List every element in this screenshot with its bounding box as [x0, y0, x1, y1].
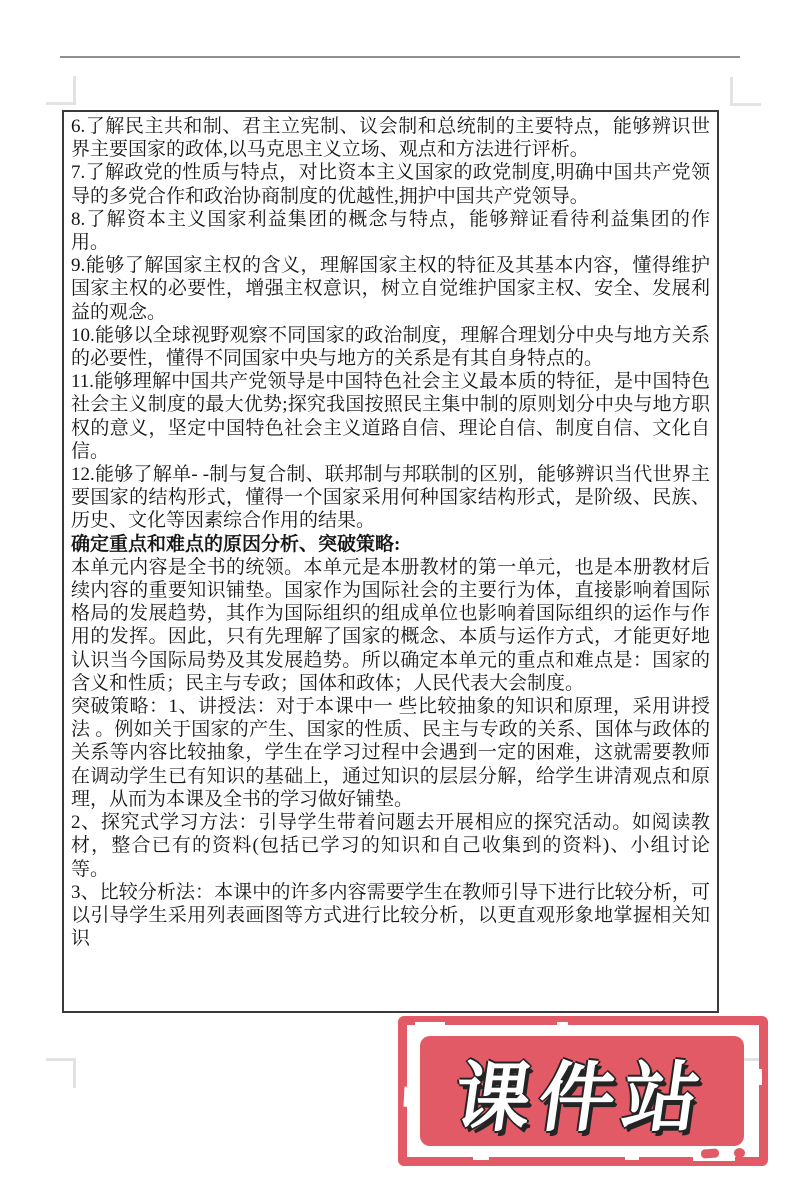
text-boundary-mark-top-right: [730, 77, 761, 106]
paragraph: 2、探究式学习方法：引导学生带着问题去开展相应的探究活动。如阅读教材，整合已有的…: [71, 811, 710, 881]
page-top-rule: [60, 56, 740, 58]
stamp-frame-dot: [734, 1148, 745, 1158]
paragraph: 10.能够以全球视野观察不同国家的政治制度，理解合理划分中央与地方关系的必要性，…: [71, 324, 710, 370]
stamp-frame-gap: [473, 1145, 489, 1160]
stamp-frame-gap: [403, 1087, 419, 1108]
stamp-frame-gap: [747, 1069, 762, 1085]
paragraph: 8.了解资本主义国家利益集团的概念与特点，能够辩证看待利益集团的作用。: [71, 208, 710, 254]
stamp-frame-gap: [557, 1022, 568, 1037]
paragraph: 6.了解民主共和制、君主立宪制、议会制和总统制的主要特点，能够辨识世界主要国家的…: [71, 115, 710, 161]
paragraph: 9.能够了解国家主权的含义，理解国家主权的特征及其基本内容，懂得维护国家主权的必…: [71, 254, 710, 324]
stamp: 课件站: [398, 1016, 768, 1166]
section-heading: 确定重点和难点的原因分析、突破策略:: [71, 533, 710, 556]
stamp-body: 课件站: [420, 1036, 744, 1146]
text-boundary-mark-top-left: [46, 76, 76, 105]
paragraph: 11.能够理解中国共产党领导是中国特色社会主义最本质的特征，是中国特色社会主义制…: [71, 370, 710, 463]
paragraph: 本单元内容是全书的统领。本单元是本册教材的第一单元，也是本册教材后续内容的重要知…: [71, 556, 710, 695]
paragraph: 7.了解政党的性质与特点，对比资本主义国家的政党制度,明确中国共产党领导的多党合…: [71, 161, 710, 207]
paragraph: 3、比较分析法：本课中的许多内容需要学生在教师引导下进行比较分析，可以引导学生采…: [71, 881, 710, 951]
stamp-frame-gap: [415, 1022, 445, 1037]
paragraph: 突破策略：1、讲授法：对于本课中一 些比较抽象的知识和原理，采用讲授法 。例如关…: [71, 695, 710, 811]
page: { "colors": { "stamp_red": "#e25a65", "t…: [0, 0, 800, 1200]
paragraph: 12.能够了解单- -制与复合制、联邦制与邦联制的区别，能够辨识当代世界主要国家…: [71, 463, 710, 533]
stamp-frame-gap: [625, 1145, 639, 1160]
stamp-frame-dash: [701, 1148, 720, 1158]
text-boundary-mark-bottom-left: [46, 1058, 76, 1088]
stamp-text: 课件站: [448, 1037, 715, 1146]
lesson-plan-table: 6.了解民主共和制、君主立宪制、议会制和总统制的主要特点，能够辨识世界主要国家的…: [62, 110, 719, 1013]
